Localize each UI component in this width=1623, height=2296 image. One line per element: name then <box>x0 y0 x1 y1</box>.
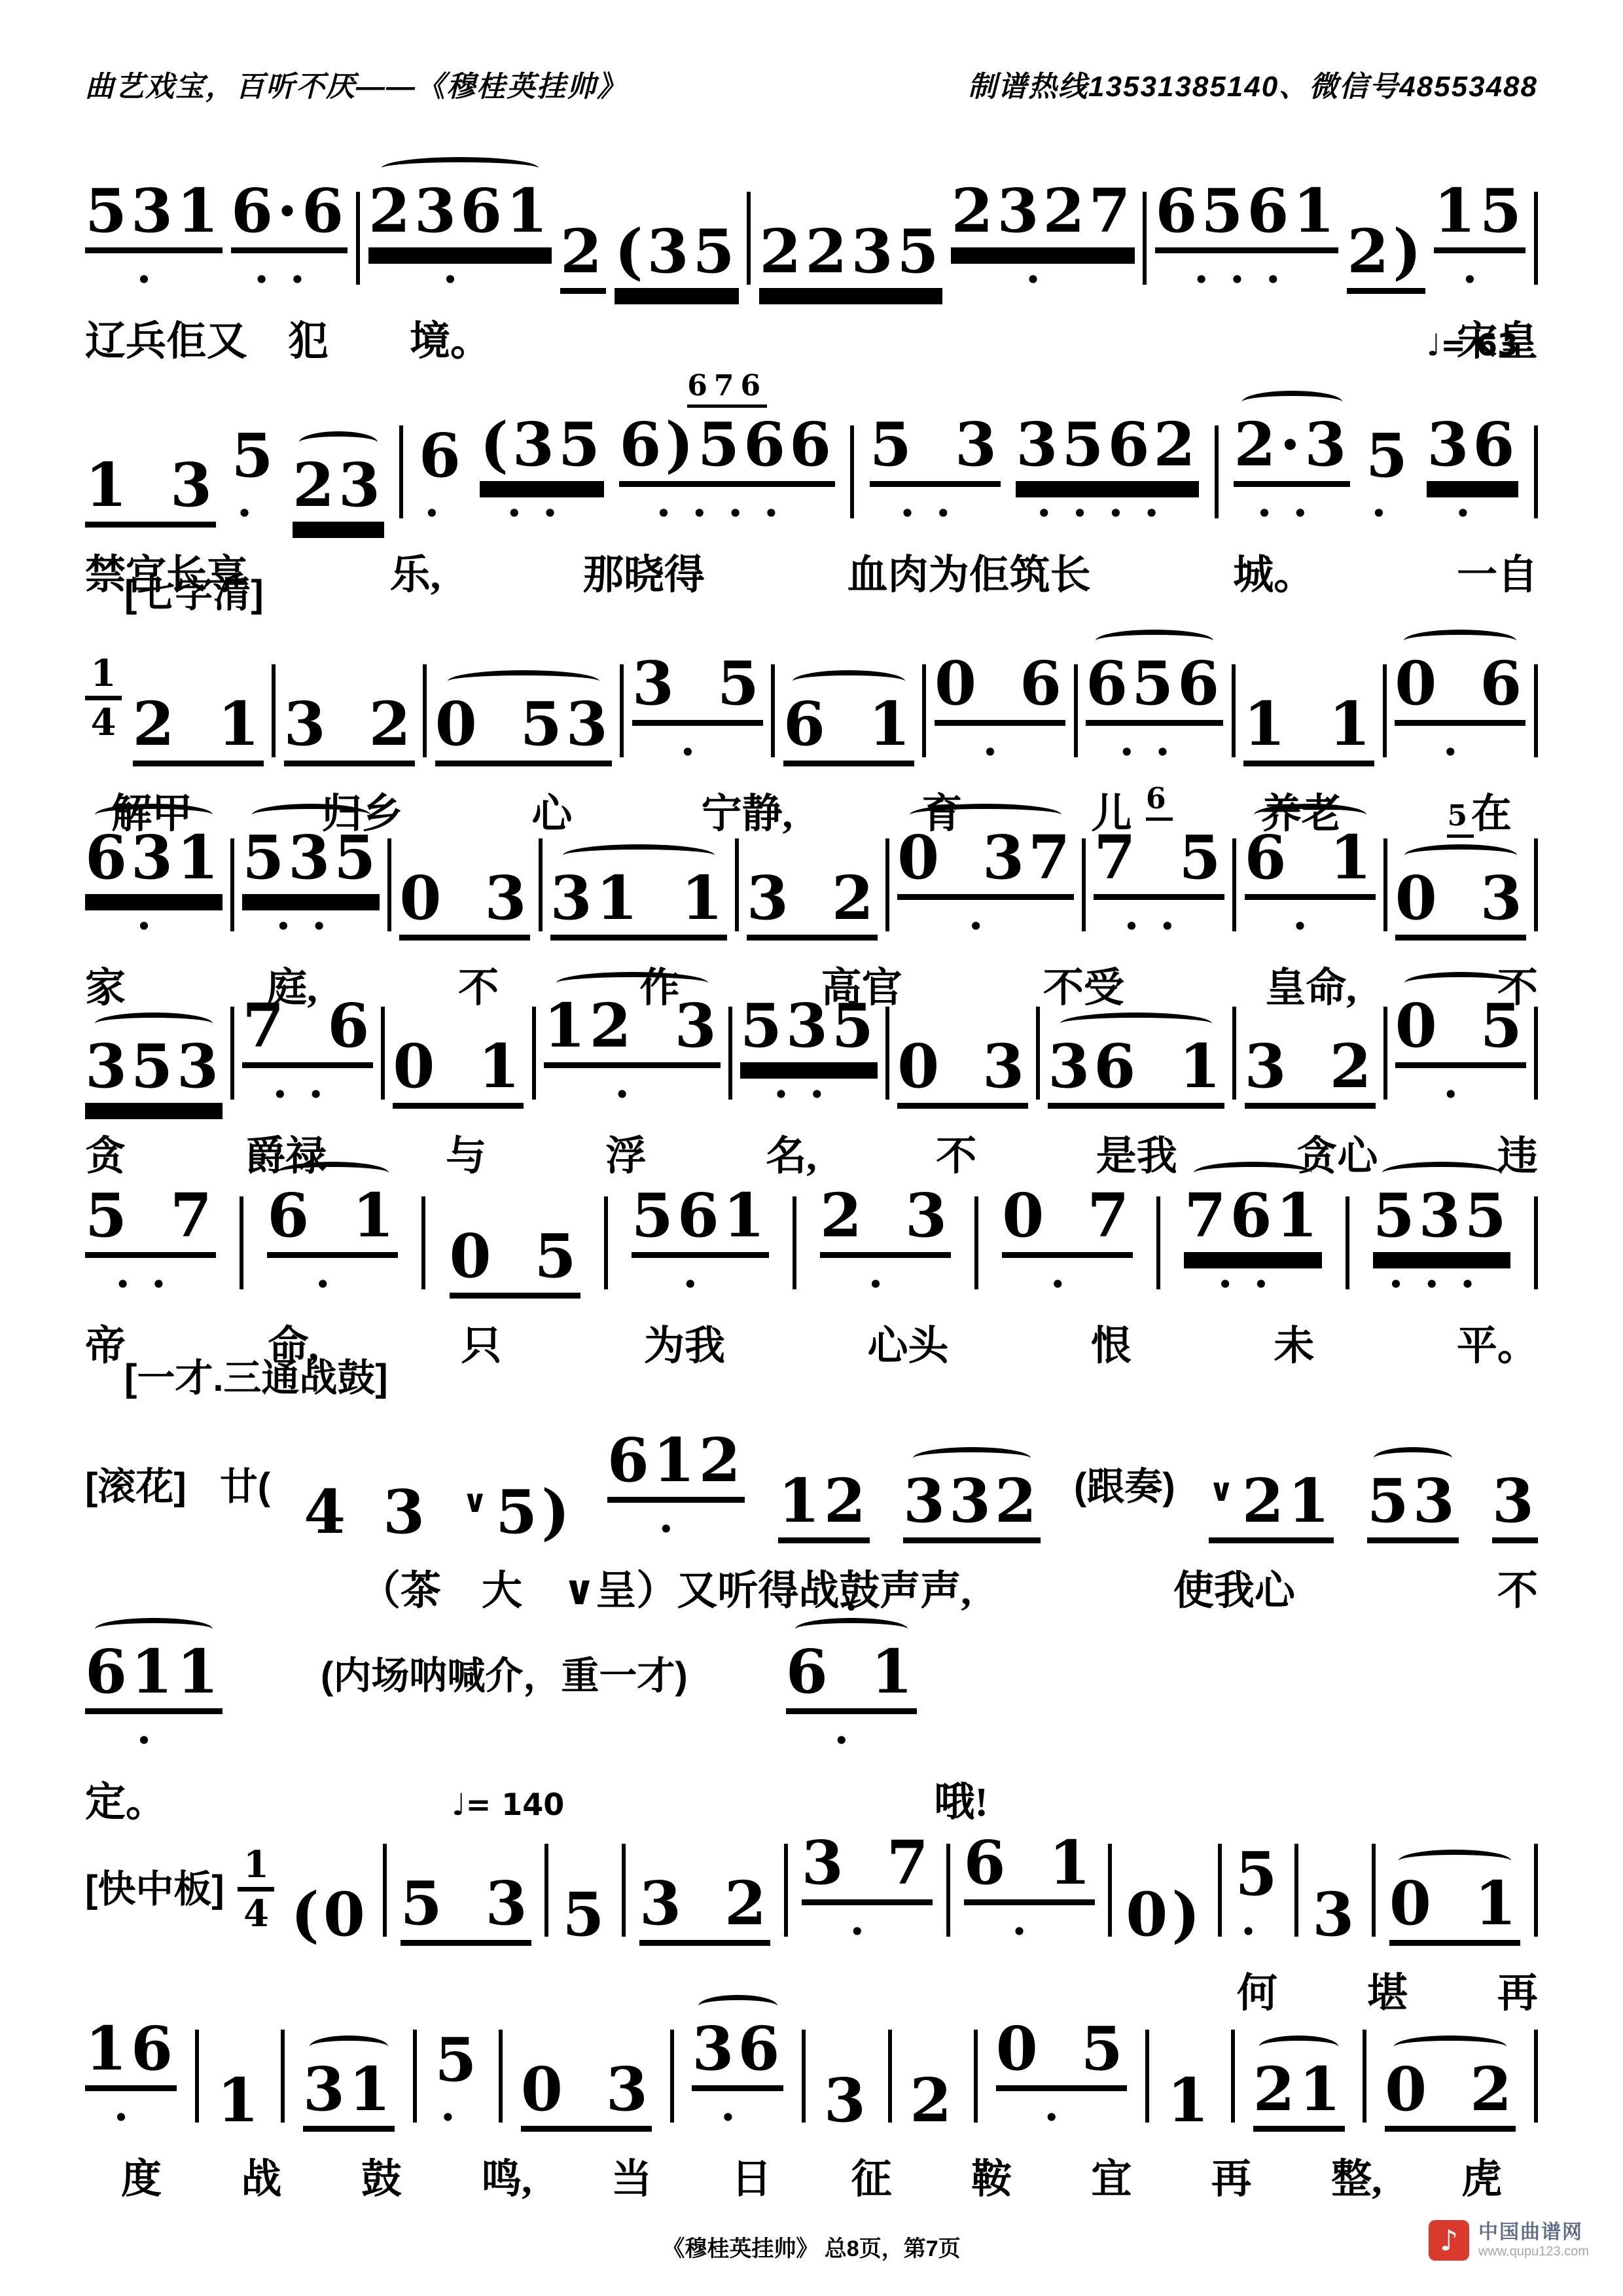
barline <box>1082 838 1086 931</box>
music-system: ♩= 631 35•236•(35••6766)566••••5 3••3562… <box>85 327 1538 600</box>
barline <box>1534 838 1538 931</box>
time-sig-lower: 4 <box>91 704 116 741</box>
barline <box>281 2030 285 2123</box>
note-group: 3 <box>1312 1884 1358 1946</box>
music-system: ♩= 140[快中板]14(05 353 23 7•6 1•0)5•30 1何堪… <box>85 1787 1538 2018</box>
music-system: [滚花]廿(43∨5)612•12332(跟奏)∨21533（茶 大 ∨呈）又听… <box>85 1430 1538 1616</box>
octave-dots-below: • <box>833 1727 869 1755</box>
note-group: 2 <box>910 2070 955 2132</box>
octave-dots-below: • <box>1240 1918 1276 1946</box>
note-group: 3 2 <box>1245 1036 1376 1109</box>
note-group: 2) <box>1347 221 1425 294</box>
note-group: 36 1 <box>1048 1013 1224 1109</box>
site-watermark: ♪ 中国曲谱网 www.qupu123.com <box>1429 2220 1589 2261</box>
note-group: 3 2 <box>747 868 878 941</box>
note-digits: 6 1 <box>1245 827 1376 900</box>
note-digits: 535 <box>1373 1185 1510 1258</box>
note-group: 2 1 <box>133 694 264 766</box>
barline <box>1383 664 1387 757</box>
note-digits: 332 <box>903 1471 1041 1543</box>
notes-row: 631•535••0 331 13 20 37•67 5••6 1•50 3 <box>85 782 1538 941</box>
octave-dots-below: • <box>442 266 478 294</box>
notes-row: 3537 6••0 112 3•535••0 336 13 20 5• <box>85 972 1538 1109</box>
note-group: 23 <box>293 431 384 528</box>
barline <box>195 2030 199 2123</box>
barline <box>1156 1196 1160 1289</box>
note-group: 5 3 <box>401 1873 531 1946</box>
note-digits: 3 <box>824 2070 870 2132</box>
note-group: 6 1• <box>964 1833 1095 1946</box>
note-group: 3 7• <box>802 1833 933 1946</box>
note-digits: (0 <box>291 1884 369 1946</box>
octave-dots-below: •• <box>1257 500 1329 528</box>
note-digits: 5 3 <box>870 414 1001 487</box>
note-digits: 3 5 <box>632 653 763 726</box>
lyric-segment: 宜 <box>1091 2146 1132 2204</box>
barline <box>1534 425 1538 518</box>
notes-row: 16•1315•0 336•320 5•1210 2 <box>85 1995 1538 2132</box>
note-group: 6561••• <box>1155 181 1338 294</box>
note-group: 53 <box>1367 1447 1459 1543</box>
note-digits: 0 1 <box>1389 1873 1520 1946</box>
time-signature: 14 <box>85 655 122 741</box>
barline <box>1534 2030 1538 2123</box>
note-group: 5• <box>435 2030 480 2132</box>
note-digits: 531 <box>85 181 223 253</box>
note-group: 15• <box>1434 181 1525 294</box>
note-group: 561• <box>632 1185 769 1299</box>
octave-dots-below: • <box>236 500 272 528</box>
octave-dots-below: •• <box>253 266 325 294</box>
note-digits: 6 1 <box>964 1833 1095 1905</box>
note-group: 0 3 <box>897 1036 1028 1109</box>
octave-dots-below: •• <box>115 1271 187 1299</box>
note-group: 2 <box>560 221 606 294</box>
note-group: 0 7• <box>1002 1185 1133 1299</box>
lyric-segment: 鼓 <box>361 2146 402 2204</box>
barline <box>728 1007 732 1100</box>
barline <box>604 1196 608 1289</box>
octave-dots-below: • <box>136 266 172 294</box>
note-digits: 0 6 <box>1395 653 1525 726</box>
note-group: 5• <box>1236 1844 1281 1946</box>
note-digits: 21 <box>1253 2059 1345 2132</box>
octave-dots-below: • <box>1462 266 1498 294</box>
note-digits: 6 1 <box>786 1641 917 1714</box>
note-group: 1 3 <box>85 455 216 528</box>
note-group: 3 5• <box>632 653 763 766</box>
barline <box>885 1007 889 1100</box>
note-group: 0 1 <box>1389 1850 1520 1946</box>
note-digits: 656 <box>1086 653 1223 726</box>
note-digits: 6 1 <box>783 694 914 766</box>
barline <box>1294 1844 1298 1937</box>
barline <box>1036 1007 1040 1100</box>
note-digits: 0 2 <box>1385 2059 1516 2132</box>
note-group: 5• <box>232 425 277 528</box>
octave-dots-below: • <box>1025 266 1061 294</box>
note-group: 0 5• <box>996 2018 1127 2132</box>
notes-row: 5 7••6 1•0 5561•2 3•0 7•761••535••• <box>85 1162 1538 1299</box>
note-digits: 6 1 <box>267 1185 398 1258</box>
note-digits: 2 <box>910 2070 955 2132</box>
barline <box>946 1844 950 1937</box>
note-digits: 1 3 <box>85 455 216 528</box>
note-group: 6 1• <box>267 1162 398 1299</box>
note-digits: 5 <box>232 425 277 487</box>
note-digits: 3 <box>383 1482 429 1543</box>
notes-row: 1 35•236•(35••6766)566••••5 3••3562••••2… <box>85 369 1538 528</box>
octave-dots-below: • <box>315 1271 351 1299</box>
octave-dots-below: ••• <box>1388 1271 1495 1299</box>
note-digits: 0 53 <box>435 694 612 766</box>
breath-mark: ∨ <box>462 1483 491 1520</box>
lyric-segment: 战 <box>241 2146 281 2204</box>
barline <box>974 1196 978 1289</box>
note-digits: 0 3 <box>1395 868 1526 941</box>
barline <box>885 838 889 931</box>
note-digits: 612 <box>607 1430 745 1503</box>
octave-dots-below: • <box>658 1516 694 1543</box>
note-group: 0 1 <box>393 1036 524 1109</box>
barline <box>1534 1007 1538 1100</box>
barline <box>421 1196 425 1289</box>
note-digits: 3 2 <box>747 868 878 941</box>
note-group: 0 3 <box>399 868 530 941</box>
note-group: 2361• <box>368 157 552 294</box>
note-group: 631• <box>85 804 223 941</box>
barline <box>1145 2030 1149 2123</box>
note-group: 2327• <box>951 181 1134 294</box>
notes-row: [滚花]廿(43∨5)612•12332(跟奏)∨21533 <box>85 1430 1538 1543</box>
barline <box>1232 1007 1236 1100</box>
header-series-title: 曲艺戏宝，百听不厌——《穆桂英挂帅》 <box>85 63 627 105</box>
note-group: (35 <box>615 221 739 294</box>
note-group: 12 3• <box>544 972 721 1109</box>
barline <box>670 2030 674 2123</box>
octave-dots-below: • <box>1442 1081 1478 1109</box>
octave-dots-below: • <box>1371 500 1407 528</box>
note-digits: 1 <box>217 2070 262 2132</box>
note-digits: 353 <box>85 1036 223 1109</box>
barline <box>793 1196 796 1289</box>
note-group: 16• <box>85 2018 177 2132</box>
note-digits: 53 <box>1367 1471 1459 1543</box>
note-group: ∨21 <box>1209 1471 1334 1543</box>
notes-row: 611•(内场呐喊介，重一才)•6 1• <box>85 1597 1538 1755</box>
note-digits: 31 1 <box>550 868 727 941</box>
octave-dots-below: • <box>982 739 1018 766</box>
note-digits: 12 <box>778 1471 870 1543</box>
barline <box>356 192 360 285</box>
barline <box>1363 2030 1366 2123</box>
octave-dots-below: •• <box>506 500 578 528</box>
notes-row: 531•6·6••2361•2(3522352327•6561•••2)15• <box>85 157 1538 294</box>
header-contact-info: 制谱热线13531385140、微信号48553488 <box>968 63 1538 105</box>
lyric-segment: 再 <box>1211 2146 1252 2204</box>
time-sig-line <box>85 696 122 700</box>
barline <box>1215 425 1219 518</box>
note-group: 5• <box>1366 425 1412 528</box>
note-group: 2·3•• <box>1234 391 1350 528</box>
note-group: 2235 <box>759 221 942 294</box>
barline <box>1346 1196 1349 1289</box>
barline <box>1231 2030 1235 2123</box>
note-group: 6766)566•••• <box>619 369 835 528</box>
note-digits: 561 <box>632 1185 769 1258</box>
barline <box>922 664 926 757</box>
note-digits: 6 <box>419 425 465 487</box>
barline <box>784 1844 788 1937</box>
note-digits: 2·3 <box>1234 414 1350 487</box>
note-digits: 36 <box>692 2018 783 2091</box>
music-system: 16•1315•0 336•320 5•1210 2度战鼓鸣,当日征鞍宜再整,虎 <box>85 1995 1538 2204</box>
lyric-segment: 鞍 <box>971 2146 1012 2204</box>
octave-dot-above: • <box>844 1597 858 1621</box>
note-group: 535••• <box>1373 1162 1510 1299</box>
grace-notes: 5 <box>1447 799 1474 838</box>
time-sig-lower: 4 <box>243 1895 269 1932</box>
lyric-segment: 日 <box>731 2146 772 2204</box>
note-group: (35•• <box>480 414 604 528</box>
octave-dots-below: • <box>440 2104 476 2132</box>
note-digits: 2235 <box>759 221 942 294</box>
barline <box>1534 664 1538 757</box>
note-group: 6 1• <box>1245 804 1376 941</box>
note-digits: 0 1 <box>393 1036 524 1109</box>
note-digits: 3 2 <box>639 1873 770 1946</box>
note-group: 67 5•• <box>1094 782 1224 941</box>
note-group: 0) <box>1126 1884 1204 1946</box>
note-digits: 0 3 <box>399 868 530 941</box>
music-note-icon: ♪ <box>1429 2220 1469 2261</box>
barline <box>230 1007 234 1100</box>
note-group: 761•• <box>1184 1162 1321 1299</box>
note-digits: 5 3 <box>401 1873 531 1946</box>
watermark-site-url: www.qupu123.com <box>1478 2244 1589 2259</box>
notation-label: (跟奏) <box>1074 1466 1175 1508</box>
barline <box>544 1844 548 1937</box>
note-digits: 12 3 <box>544 996 721 1068</box>
note-group: 21 <box>1253 2036 1345 2132</box>
note-digits: 2327 <box>951 181 1134 253</box>
watermark-site-name: 中国曲谱网 <box>1478 2221 1589 2244</box>
note-group: 0 6• <box>935 653 1065 766</box>
note-digits: 6561 <box>1155 181 1338 253</box>
note-digits: 2 3 <box>820 1185 951 1258</box>
barline <box>230 838 234 931</box>
note-digits: 7 5 <box>1094 827 1224 900</box>
barline <box>383 1844 387 1937</box>
octave-dots-below: • <box>682 1271 718 1299</box>
note-digits: 5 <box>1236 1844 1281 1905</box>
note-digits: 15 <box>1434 181 1525 253</box>
footer-page-info: 《穆桂英挂帅》 总8页，第7页 <box>662 2236 960 2261</box>
octave-dots-below: • <box>849 1918 885 1946</box>
note-group: 611• <box>85 1618 223 1755</box>
note-digits: ∨21 <box>1209 1471 1334 1543</box>
note-digits: 1 <box>1167 2070 1213 2132</box>
octave-dots-below: • <box>136 1727 172 1755</box>
barline <box>1218 1844 1222 1937</box>
barline <box>802 2030 806 2123</box>
note-digits: 5 <box>562 1884 608 1946</box>
grace-notes: 6 <box>1146 782 1173 821</box>
octave-dots-below: •• <box>1124 913 1196 941</box>
octave-dots-below: • <box>1043 2104 1079 2132</box>
octave-dots-below: • <box>868 1271 904 1299</box>
note-group: 0 2 <box>1385 2036 1516 2132</box>
note-digits: 0 7 <box>1002 1185 1133 1258</box>
note-digits: 3 7 <box>802 1833 933 1905</box>
barline <box>1232 664 1236 757</box>
barline <box>1534 192 1538 285</box>
note-digits: 5 7 <box>85 1185 216 1258</box>
time-signature: 14 <box>238 1846 274 1932</box>
octave-dots-below: • <box>113 2104 149 2132</box>
barline <box>1372 1844 1376 1937</box>
barline <box>974 2030 978 2123</box>
section-heading: [七字清] <box>124 563 1538 618</box>
note-digits: 36 1 <box>1048 1036 1224 1109</box>
octave-dots-below: •• <box>1217 1271 1289 1299</box>
note-group: 2 3• <box>820 1185 951 1299</box>
octave-dots-below: • <box>720 2104 756 2132</box>
music-system: [一才.三通战鼓] <box>85 1347 1538 1414</box>
note-group: 6• <box>419 425 465 528</box>
note-group: 50 3 <box>1395 799 1526 941</box>
octave-dots-below: • <box>968 913 1004 941</box>
note-group: 3 2 <box>639 1873 770 1946</box>
note-digits: 3 <box>1492 1471 1538 1543</box>
note-group: 0 37• <box>897 804 1074 941</box>
note-group: 0 5• <box>1395 972 1526 1109</box>
barline <box>1383 838 1387 931</box>
note-group: 6·6•• <box>231 181 348 294</box>
note-group: 353 <box>85 1013 223 1109</box>
grace-notes: 676 <box>687 369 767 408</box>
lyric-segment: 当 <box>611 2146 652 2204</box>
note-group: 1 1 <box>1243 694 1374 766</box>
tempo-marking: ♩= 63 <box>1427 327 1518 363</box>
barline <box>735 838 739 931</box>
music-system: 3537 6••0 112 3•535••0 336 13 20 5•贪爵禄与浮… <box>85 972 1538 1181</box>
octave-dots-below: •• <box>1118 739 1190 766</box>
octave-dots-below: • <box>1011 1918 1047 1946</box>
time-sig-upper: 1 <box>91 655 116 692</box>
lyrics-row: 度战鼓鸣,当日征鞍宜再整,虎 <box>85 2146 1538 2204</box>
octave-dots-below: •••• <box>656 500 799 528</box>
note-digits: 631 <box>85 827 223 900</box>
note-digits: 0 6 <box>935 653 1065 726</box>
note-digits: 0 3 <box>897 1036 1028 1109</box>
note-group: 0 5 <box>450 1226 580 1299</box>
section-heading: [一才.三通战鼓] <box>124 1347 1538 1402</box>
breath-mark: ∨ <box>1209 1472 1238 1509</box>
note-group: 6 1 <box>783 670 914 766</box>
note-group: 0 6• <box>1395 630 1525 766</box>
octave-dots-below: •••• <box>1036 500 1179 528</box>
barline <box>850 425 854 518</box>
note-digits: 0 5 <box>996 2018 1127 2091</box>
note-group: 12 <box>778 1471 870 1543</box>
score-page: 曲艺戏宝，百听不厌——《穆桂英挂帅》 制谱热线13531385140、微信号48… <box>0 0 1623 2296</box>
note-digits: 0) <box>1126 1884 1204 1946</box>
octave-dots-below: • <box>679 739 715 766</box>
note-digits: ∨5) <box>462 1482 574 1543</box>
note-group: 0 53 <box>435 670 612 766</box>
note-group: 7 6•• <box>242 996 373 1109</box>
barline <box>539 838 543 931</box>
note-digits: 611 <box>85 1641 223 1714</box>
barline <box>747 192 751 285</box>
time-sig-line <box>238 1887 274 1892</box>
note-digits: 535 <box>242 827 380 900</box>
note-group: 612• <box>607 1430 745 1543</box>
tempo-marking: ♩= 140 <box>452 1787 564 1822</box>
lyric-segment: 征 <box>851 2146 892 2204</box>
note-group: •6 1• <box>786 1597 917 1755</box>
note-digits: 761 <box>1184 1185 1321 1258</box>
note-group: 31 1 <box>550 844 727 941</box>
notation-label: (内场呐喊介，重一才) <box>321 1655 688 1697</box>
barline <box>413 2030 417 2123</box>
note-group: 31 <box>303 2036 395 2132</box>
note-group: 332 <box>903 1447 1041 1543</box>
time-sig-upper: 1 <box>243 1846 269 1883</box>
note-group: 531• <box>85 181 223 294</box>
barline <box>771 664 775 757</box>
note-digits: 2 1 <box>133 694 264 766</box>
notation-label: 廿( <box>220 1466 270 1508</box>
lyric-segment: 整, <box>1331 2146 1382 2204</box>
octave-dots-below: • <box>1455 500 1491 528</box>
note-group: 535•• <box>242 804 380 941</box>
barline <box>1074 664 1078 757</box>
note-digits: 5 <box>435 2030 480 2091</box>
barline <box>387 838 391 931</box>
note-digits: 6)566 <box>619 414 835 487</box>
barline <box>240 1196 243 1289</box>
note-group: 4 <box>304 1482 349 1543</box>
barline <box>399 425 403 518</box>
note-digits: 3 <box>1312 1884 1358 1946</box>
barline <box>532 1007 536 1100</box>
note-group: 3 <box>824 2070 870 2132</box>
note-digits: 5 <box>1366 425 1412 487</box>
note-digits: 535 <box>740 996 878 1068</box>
octave-dots-below: • <box>136 913 172 941</box>
lyric-segment: 虎 <box>1461 2146 1502 2204</box>
octave-dots-below: •• <box>773 1081 845 1109</box>
notation-label: [快中板] <box>85 1869 224 1910</box>
note-digits: 1 1 <box>1243 694 1374 766</box>
octave-dots-below: • <box>1442 739 1478 766</box>
note-digits: 3 2 <box>1245 1036 1376 1109</box>
barline <box>381 1007 385 1100</box>
note-digits: 0 5 <box>1395 996 1526 1068</box>
note-group: ∨5) <box>462 1482 574 1543</box>
lyric-segment: 度 <box>121 2146 162 2204</box>
note-group: 3 <box>1492 1471 1538 1543</box>
page-header: 曲艺戏宝，百听不厌——《穆桂英挂帅》 制谱热线13531385140、微信号48… <box>85 63 1538 105</box>
note-group: 5 <box>562 1884 608 1946</box>
octave-dots-below: • <box>1050 1271 1086 1299</box>
note-digits: 31 <box>303 2059 395 2132</box>
note-group: 36• <box>1427 414 1518 528</box>
note-group: 656•• <box>1086 630 1223 766</box>
note-digits: 2361 <box>368 181 552 253</box>
